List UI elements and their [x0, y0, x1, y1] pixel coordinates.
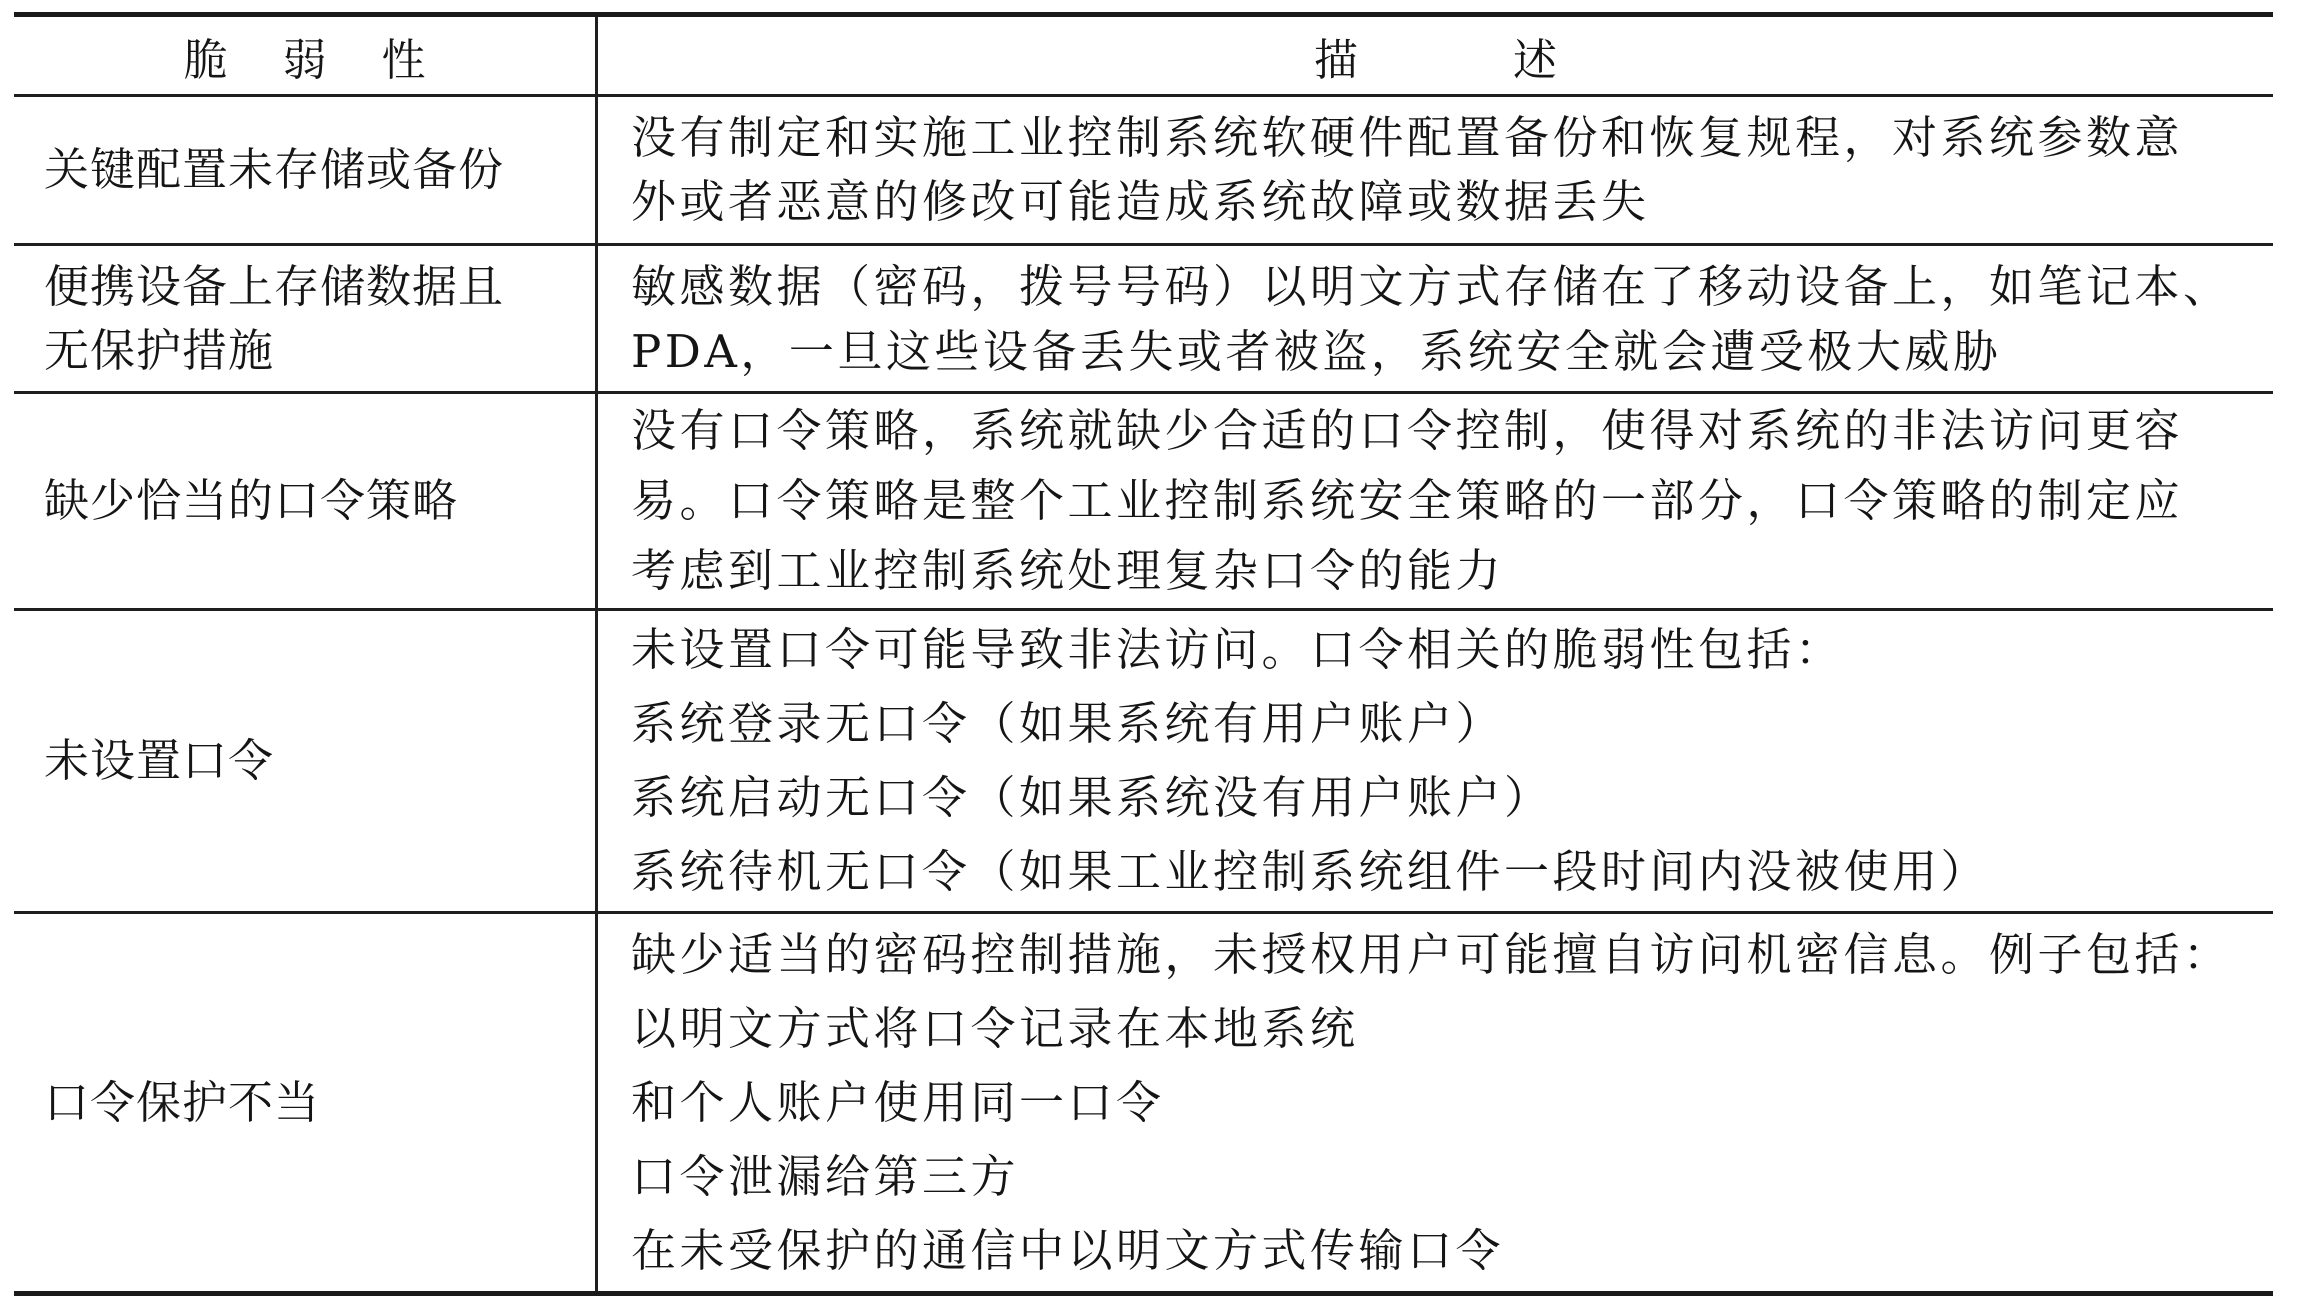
description-line: 考虑到工业控制系统处理复杂口令的能力	[631, 536, 2265, 606]
description-line: 缺少适当的密码控制措施，未授权用户可能擅自访问机密信息。例子包括：	[631, 918, 2265, 992]
table-header-row: 脆弱性 描述	[14, 17, 2273, 97]
vulnerability-label-line: 便携设备上存储数据且	[44, 255, 504, 319]
vulnerability-label-line: 关键配置未存储或备份	[44, 138, 504, 202]
table-row: 口令保护不当 缺少适当的密码控制措施，未授权用户可能擅自访问机密信息。例子包括：…	[14, 914, 2273, 1291]
vulnerability-label-line: 未设置口令	[44, 729, 274, 793]
table-row: 关键配置未存储或备份 没有制定和实施工业控制系统软硬件配置备份和恢复规程，对系统…	[14, 97, 2273, 246]
description-cell: 敏感数据（密码，拨号号码）以明文方式存储在了移动设备上，如笔记本、 PDA，一旦…	[598, 246, 2273, 391]
description-cell: 未设置口令可能导致非法访问。口令相关的脆弱性包括： 系统登录无口令（如果系统有用…	[598, 611, 2273, 911]
description-cell: 缺少适当的密码控制措施，未授权用户可能擅自访问机密信息。例子包括： 以明文方式将…	[598, 914, 2273, 1291]
description-line: 没有制定和实施工业控制系统软硬件配置备份和恢复规程，对系统参数意	[631, 106, 2265, 170]
description-line: 口令泄漏给第三方	[631, 1140, 2265, 1214]
vulnerability-label: 口令保护不当	[44, 1071, 320, 1135]
description-line: 没有口令策略，系统就缺少合适的口令控制，使得对系统的非法访问更容	[631, 396, 2265, 466]
vulnerability-label: 便携设备上存储数据且 无保护措施	[44, 255, 504, 383]
header-cell-description: 描述	[598, 17, 2273, 94]
description-line: 易。口令策略是整个工业控制系统安全策略的一部分，口令策略的制定应	[631, 466, 2265, 536]
description-line: 系统登录无口令（如果系统有用户账户）	[631, 687, 2265, 761]
vulnerability-cell: 口令保护不当	[14, 914, 598, 1291]
vulnerability-label: 缺少恰当的口令策略	[44, 469, 458, 533]
description-line: 在未受保护的通信中以明文方式传输口令	[631, 1214, 2265, 1288]
description-line: 外或者恶意的修改可能造成系统故障或数据丢失	[631, 170, 2265, 234]
header-description-label: 描述	[1314, 24, 1712, 88]
description-cell: 没有口令策略，系统就缺少合适的口令控制，使得对系统的非法访问更容 易。口令策略是…	[598, 394, 2273, 608]
vulnerability-label-line: 口令保护不当	[44, 1071, 320, 1135]
description-line: PDA，一旦这些设备丢失或者被盗，系统安全就会遭受极大威胁	[631, 319, 2265, 384]
vulnerability-cell: 缺少恰当的口令策略	[14, 394, 598, 608]
header-cell-vulnerability: 脆弱性	[14, 17, 598, 94]
table-row: 便携设备上存储数据且 无保护措施 敏感数据（密码，拨号号码）以明文方式存储在了移…	[14, 246, 2273, 394]
vulnerability-label: 关键配置未存储或备份	[44, 138, 504, 202]
header-vulnerability-label: 脆弱性	[184, 24, 481, 88]
vulnerability-cell: 未设置口令	[14, 611, 598, 911]
table-row: 缺少恰当的口令策略 没有口令策略，系统就缺少合适的口令控制，使得对系统的非法访问…	[14, 394, 2273, 611]
description-line: 敏感数据（密码，拨号号码）以明文方式存储在了移动设备上，如笔记本、	[631, 254, 2265, 319]
vulnerability-label-line: 缺少恰当的口令策略	[44, 469, 458, 533]
vulnerability-label-line: 无保护措施	[44, 319, 504, 383]
table-row: 未设置口令 未设置口令可能导致非法访问。口令相关的脆弱性包括： 系统登录无口令（…	[14, 611, 2273, 914]
description-line: 系统启动无口令（如果系统没有用户账户）	[631, 761, 2265, 835]
description-line: 和个人账户使用同一口令	[631, 1066, 2265, 1140]
vulnerability-label: 未设置口令	[44, 729, 274, 793]
description-line: 系统待机无口令（如果工业控制系统组件一段时间内没被使用）	[631, 835, 2265, 909]
description-line: 未设置口令可能导致非法访问。口令相关的脆弱性包括：	[631, 613, 2265, 687]
vulnerability-table: 脆弱性 描述 关键配置未存储或备份 没有制定和实施工业控制系统软硬件配置备份和恢…	[14, 12, 2273, 1296]
description-line: 以明文方式将口令记录在本地系统	[631, 992, 2265, 1066]
vulnerability-cell: 关键配置未存储或备份	[14, 97, 598, 243]
vulnerability-cell: 便携设备上存储数据且 无保护措施	[14, 246, 598, 391]
description-cell: 没有制定和实施工业控制系统软硬件配置备份和恢复规程，对系统参数意 外或者恶意的修…	[598, 97, 2273, 243]
